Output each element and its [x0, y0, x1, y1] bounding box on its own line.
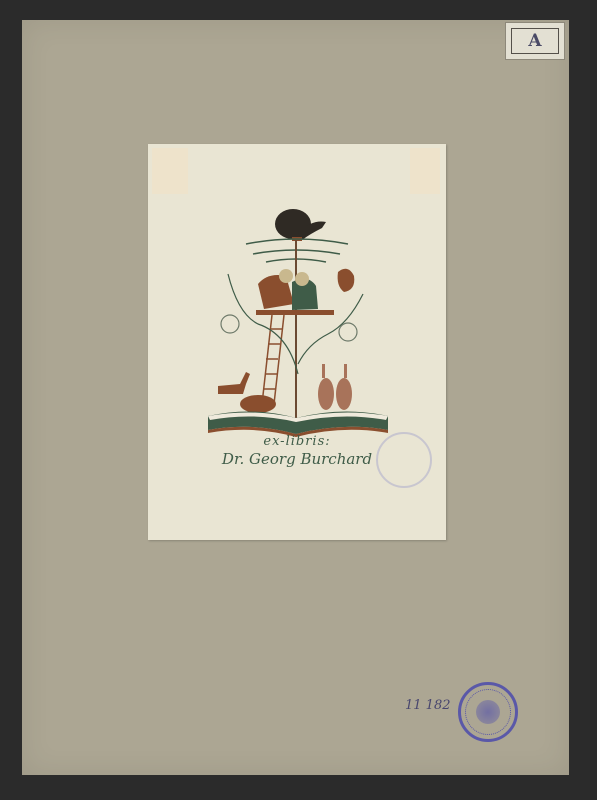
- fawn-icon: [240, 395, 276, 413]
- mounting-board: A: [22, 20, 569, 775]
- bookplate-illustration: [198, 194, 398, 444]
- deer-icon: [218, 372, 250, 394]
- collection-stamp: [458, 682, 518, 742]
- bookplate: ex-libris: Dr. Georg Burchard: [148, 144, 446, 540]
- tape-right: [410, 148, 440, 194]
- faint-stamp: [376, 432, 432, 488]
- stamp-ring: [465, 689, 511, 735]
- catalog-label: A: [505, 22, 565, 60]
- squirrel-icon: [338, 269, 355, 292]
- ladder-icon: [262, 315, 284, 404]
- grouse-icon: [275, 209, 326, 241]
- tape-left: [152, 148, 188, 194]
- hares-icon: [318, 364, 352, 410]
- inventory-number: 11 182: [405, 698, 451, 713]
- catalog-letter: A: [511, 28, 559, 54]
